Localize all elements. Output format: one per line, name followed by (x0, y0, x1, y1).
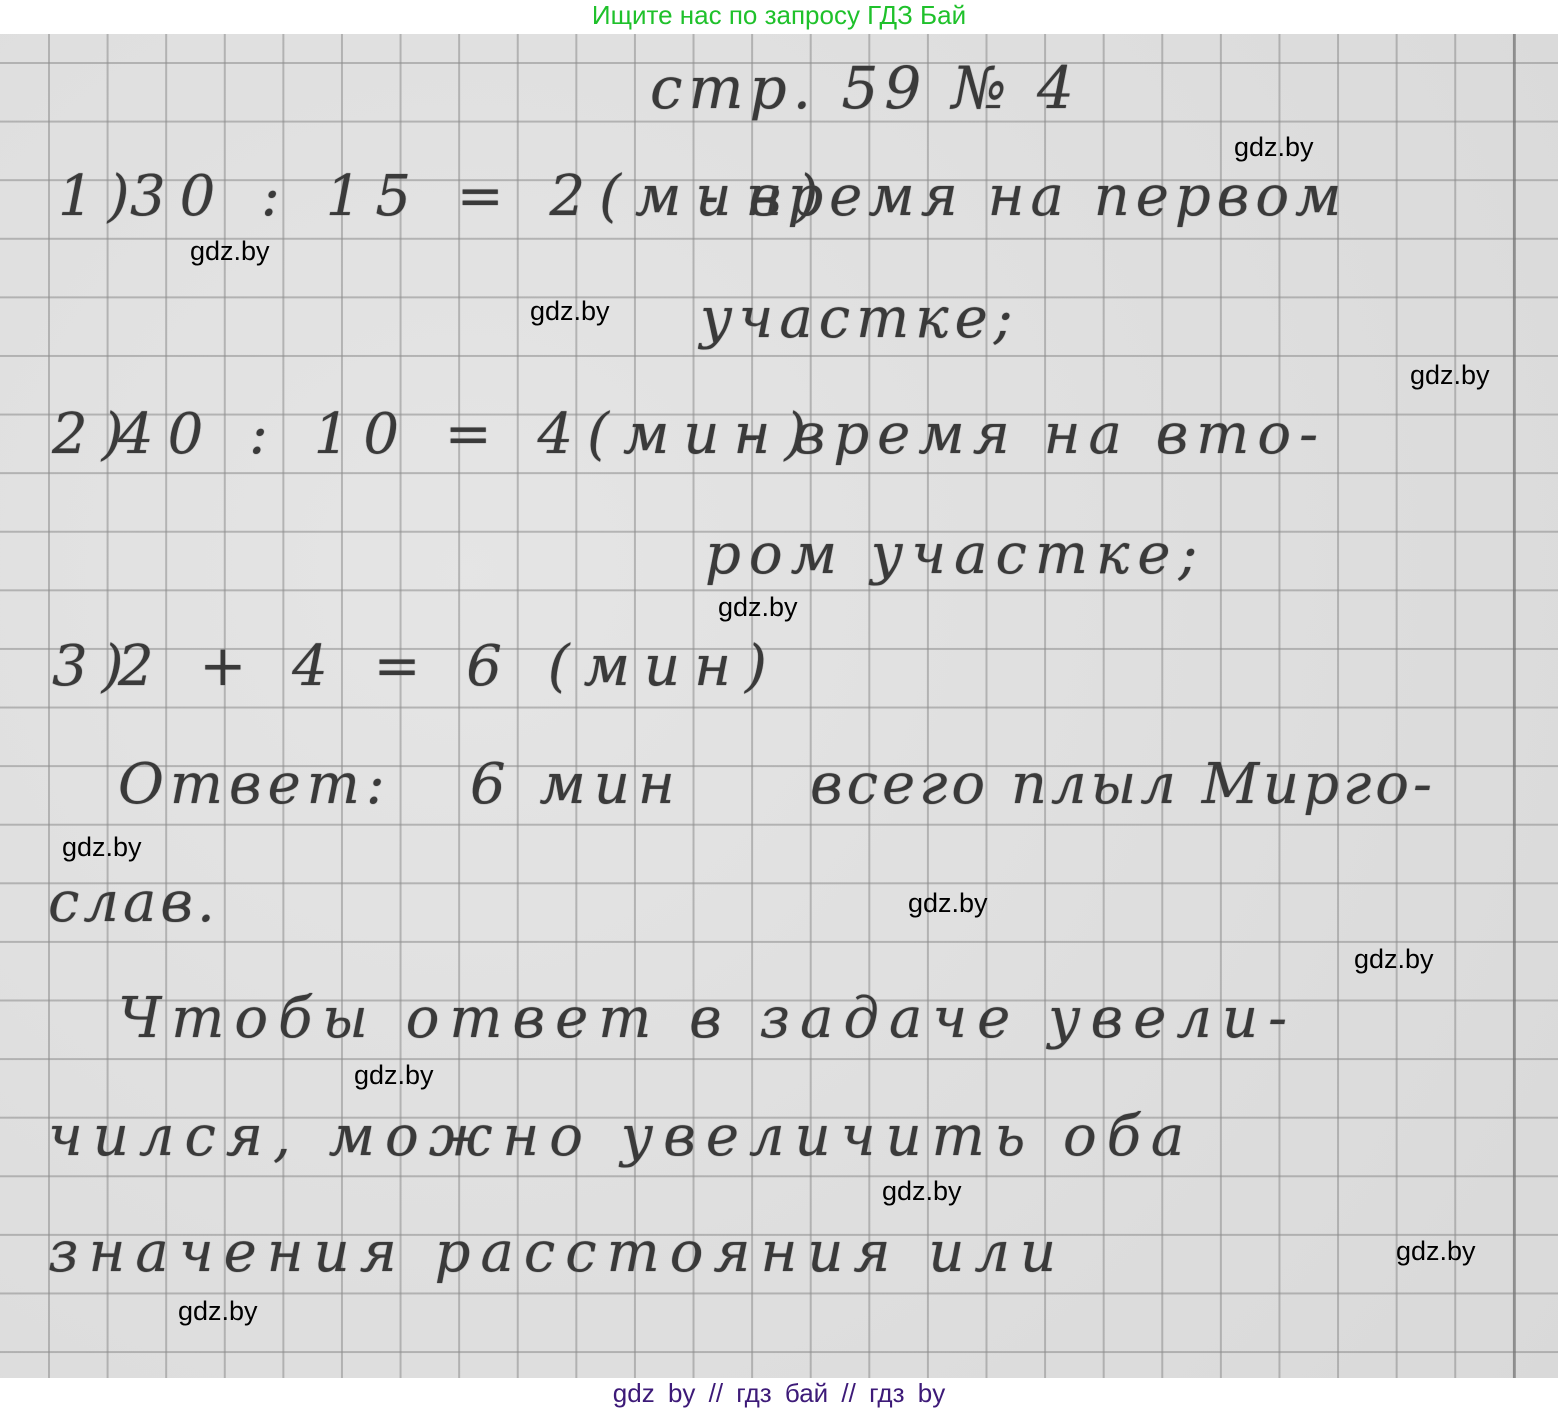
step-2-comment: - время на вто- (740, 402, 1326, 467)
page-title: стр. 59 № 4 (650, 54, 1080, 122)
answer-value: 6 мин (470, 752, 683, 817)
answer-label: Ответ: (118, 752, 391, 817)
watermark: gdz.by (530, 296, 610, 327)
search-hint-banner: Ищите нас по запросу ГДЗ Бай (0, 0, 1558, 34)
watermark: gdz.by (62, 832, 142, 863)
note-line-1: Чтобы ответ в задаче увели- (118, 986, 1297, 1051)
step-1-comment: - время на первом (700, 164, 1347, 229)
watermark: gdz.by (882, 1176, 962, 1207)
note-line-3: значения расстояния или (48, 1220, 1066, 1285)
watermark: gdz.by (908, 888, 988, 919)
watermark: gdz.by (354, 1060, 434, 1091)
notebook-page-scan: стр. 59 № 4 1) 30 : 15 = 2(мин) - время … (0, 34, 1558, 1378)
footer-links: gdz by // гдз бай // гдз by (0, 1378, 1558, 1410)
watermark: gdz.by (718, 592, 798, 623)
watermark: gdz.by (190, 236, 270, 267)
watermark: gdz.by (178, 1296, 258, 1327)
step-2-expression: 40 : 10 = 4(мин) (118, 402, 820, 467)
answer-continuation: слав. (48, 870, 219, 935)
answer-rest: всего плыл Мирго- (810, 752, 1436, 817)
watermark: gdz.by (1234, 132, 1314, 163)
step-3-expression: 2 + 4 = 6 (мин) (118, 634, 781, 699)
note-line-2: чился, можно увеличить оба (48, 1104, 1194, 1169)
watermark: gdz.by (1396, 1236, 1476, 1267)
step-2-continuation: ром участке; (705, 522, 1205, 587)
step-1-continuation: участке; (700, 286, 1019, 351)
watermark: gdz.by (1410, 360, 1490, 391)
watermark: gdz.by (1354, 944, 1434, 975)
